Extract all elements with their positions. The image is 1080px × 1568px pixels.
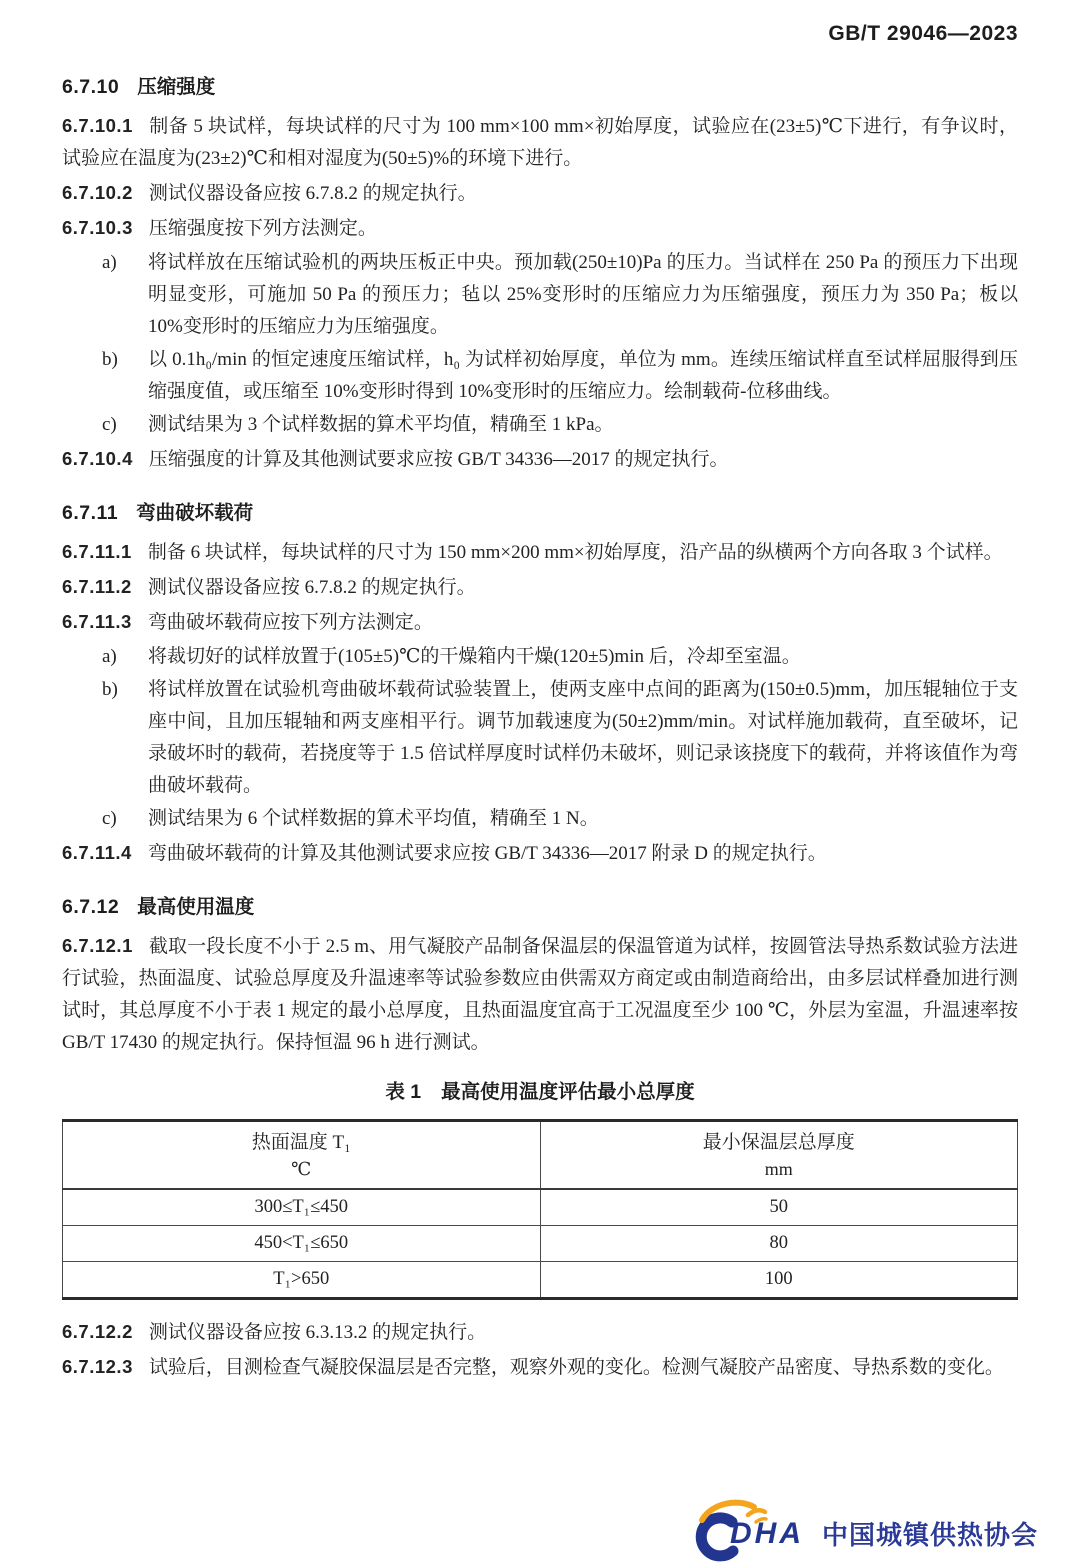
paragraph-6-7-12-3: 6.7.12.3试验后，目测检查气凝胶保温层是否完整，观察外观的变化。检测气凝胶…: [62, 1351, 1018, 1384]
clause-heading-6-7-12: 6.7.12最高使用温度: [62, 894, 1018, 920]
clause-text: 弯曲破坏载荷的计算及其他测试要求应按 GB/T 34336—2017 附录 D …: [148, 843, 827, 864]
table-cell-temperature-range: 450<T₁≤650: [63, 1226, 541, 1262]
table-row: T₁>650 100: [63, 1262, 1018, 1299]
clause-number: 6.7.12.3: [62, 1356, 133, 1377]
clause-text: 弯曲破坏载荷应按下列方法测定。: [148, 612, 433, 633]
clause-number: 6.7.10.3: [62, 217, 133, 238]
column-unit-label: ℃: [67, 1156, 536, 1182]
paragraph-6-7-11-4: 6.7.11.4弯曲破坏载荷的计算及其他测试要求应按 GB/T 34336—20…: [62, 837, 1018, 870]
clause-number: 6.7.11.1: [62, 541, 132, 562]
paragraph-6-7-10-3: 6.7.10.3压缩强度按下列方法测定。: [62, 212, 1018, 245]
clause-text: 测试仪器设备应按 6.7.8.2 的规定执行。: [149, 183, 477, 204]
clause-text: 压缩强度的计算及其他测试要求应按 GB/T 34336—2017 的规定执行。: [149, 449, 729, 470]
table-1-max-use-temperature: 热面温度 T₁ ℃ 最小保温层总厚度 mm 300≤T₁≤450 50 450<…: [62, 1119, 1018, 1300]
clause-text: 试验后，目测检查气凝胶保温层是否完整，观察外观的变化。检测气凝胶产品密度、导热系…: [149, 1357, 1004, 1378]
table-caption-title: 最高使用温度评估最小总厚度: [441, 1081, 695, 1103]
column-header-hot-face-temperature: 热面温度 T₁ ℃: [63, 1121, 541, 1190]
list-label: a): [102, 641, 148, 673]
list-item-b: b) 将试样放置在试验机弯曲破坏载荷试验装置上，使两支座中点间的距离为(150±…: [62, 674, 1018, 802]
column-unit-label: mm: [545, 1156, 1014, 1182]
list-label: a): [102, 247, 148, 343]
table-caption: 表 1最高使用温度评估最小总厚度: [62, 1079, 1018, 1105]
column-header-min-total-thickness: 最小保温层总厚度 mm: [540, 1121, 1018, 1190]
table-cell-temperature-range: T₁>650: [63, 1262, 541, 1299]
table-row: 300≤T₁≤450 50: [63, 1189, 1018, 1226]
paragraph-6-7-12-1: 6.7.12.1截取一段长度不小于 2.5 m、用气凝胶产品制备保温层的保温管道…: [62, 930, 1018, 1059]
paragraph-6-7-11-2: 6.7.11.2测试仪器设备应按 6.7.8.2 的规定执行。: [62, 571, 1018, 604]
document-page: GB/T 29046—2023 6.7.10压缩强度 6.7.10.1制备 5 …: [0, 0, 1080, 1568]
clause-title: 压缩强度: [137, 76, 215, 98]
table-cell-temperature-range: 300≤T₁≤450: [63, 1189, 541, 1226]
paragraph-6-7-10-4: 6.7.10.4压缩强度的计算及其他测试要求应按 GB/T 34336—2017…: [62, 443, 1018, 476]
table-cell-thickness: 80: [540, 1226, 1018, 1262]
list-label: c): [102, 803, 148, 835]
clause-text: 测试仪器设备应按 6.3.13.2 的规定执行。: [149, 1322, 486, 1343]
clause-number: 6.7.10: [62, 76, 119, 98]
clause-number: 6.7.10.2: [62, 182, 133, 203]
table-row: 450<T₁≤650 80: [63, 1226, 1018, 1262]
paragraph-6-7-10-1: 6.7.10.1制备 5 块试样，每块试样的尺寸为 100 mm×100 mm×…: [62, 110, 1018, 175]
table-header-row: 热面温度 T₁ ℃ 最小保温层总厚度 mm: [63, 1121, 1018, 1190]
table-cell-thickness: 100: [540, 1262, 1018, 1299]
list-text: 以 0.1h₀/min 的恒定速度压缩试样，h₀ 为试样初始厚度，单位为 mm。…: [148, 344, 1018, 408]
list-text: 将裁切好的试样放置于(105±5)℃的干燥箱内干燥(120±5)min 后，冷却…: [148, 641, 1018, 673]
cdha-logo: DHA 中国城镇供热协会: [686, 1498, 1038, 1562]
clause-number: 6.7.10.4: [62, 448, 133, 469]
clause-text: 测试仪器设备应按 6.7.8.2 的规定执行。: [148, 577, 476, 598]
clause-number: 6.7.12.2: [62, 1321, 133, 1342]
clause-heading-6-7-11: 6.7.11弯曲破坏载荷: [62, 500, 1018, 526]
paragraph-6-7-11-3: 6.7.11.3弯曲破坏载荷应按下列方法测定。: [62, 606, 1018, 639]
list-item-a: a) 将裁切好的试样放置于(105±5)℃的干燥箱内干燥(120±5)min 后…: [62, 641, 1018, 673]
clause-number: 6.7.11.2: [62, 576, 132, 597]
clause-title: 弯曲破坏载荷: [136, 502, 253, 524]
clause-number: 6.7.11: [62, 502, 118, 524]
list-label: b): [102, 344, 148, 408]
org-name-text: 中国城镇供热协会: [822, 1515, 1038, 1552]
clause-title: 最高使用温度: [137, 896, 254, 918]
clause-number: 6.7.12: [62, 896, 119, 918]
clause-text: 制备 6 块试样，每块试样的尺寸为 150 mm×200 mm×初始厚度，沿产品…: [148, 542, 1003, 563]
standard-number: GB/T 29046—2023: [62, 22, 1018, 46]
paragraph-6-7-11-1: 6.7.11.1制备 6 块试样，每块试样的尺寸为 150 mm×200 mm×…: [62, 536, 1018, 569]
clause-text: 截取一段长度不小于 2.5 m、用气凝胶产品制备保温层的保温管道为试样，按圆管法…: [62, 936, 1018, 1053]
clause-number: 6.7.10.1: [62, 115, 133, 136]
clause-heading-6-7-10: 6.7.10压缩强度: [62, 74, 1018, 100]
list-item-c: c) 测试结果为 6 个试样数据的算术平均值，精确至 1 N。: [62, 803, 1018, 835]
paragraph-6-7-10-2: 6.7.10.2测试仪器设备应按 6.7.8.2 的规定执行。: [62, 177, 1018, 210]
list-text: 将试样放置在试验机弯曲破坏载荷试验装置上，使两支座中点间的距离为(150±0.5…: [148, 674, 1018, 802]
clause-number: 6.7.11.4: [62, 842, 132, 863]
column-header-label: 最小保温层总厚度: [545, 1129, 1014, 1156]
clause-text: 制备 5 块试样，每块试样的尺寸为 100 mm×100 mm×初始厚度，试验应…: [62, 116, 1018, 169]
list-item-c: c) 测试结果为 3 个试样数据的算术平均值，精确至 1 kPa。: [62, 409, 1018, 441]
list-item-b: b) 以 0.1h₀/min 的恒定速度压缩试样，h₀ 为试样初始厚度，单位为 …: [62, 344, 1018, 408]
column-header-label: 热面温度 T₁: [67, 1129, 536, 1156]
list-text: 测试结果为 3 个试样数据的算术平均值，精确至 1 kPa。: [148, 409, 1018, 441]
list-item-a: a) 将试样放在压缩试验机的两块压板正中央。预加载(250±10)Pa 的压力。…: [62, 247, 1018, 343]
list-text: 测试结果为 6 个试样数据的算术平均值，精确至 1 N。: [148, 803, 1018, 835]
paragraph-6-7-12-2: 6.7.12.2测试仪器设备应按 6.3.13.2 的规定执行。: [62, 1316, 1018, 1349]
clause-number: 6.7.11.3: [62, 611, 132, 632]
list-label: b): [102, 674, 148, 802]
clause-text: 压缩强度按下列方法测定。: [149, 218, 377, 239]
table-cell-thickness: 50: [540, 1189, 1018, 1226]
list-text: 将试样放在压缩试验机的两块压板正中央。预加载(250±10)Pa 的压力。当试样…: [148, 247, 1018, 343]
table-caption-label: 表 1: [385, 1081, 421, 1103]
clause-number: 6.7.12.1: [62, 935, 133, 956]
list-label: c): [102, 409, 148, 441]
cdha-acronym-text: DHA: [730, 1517, 804, 1551]
